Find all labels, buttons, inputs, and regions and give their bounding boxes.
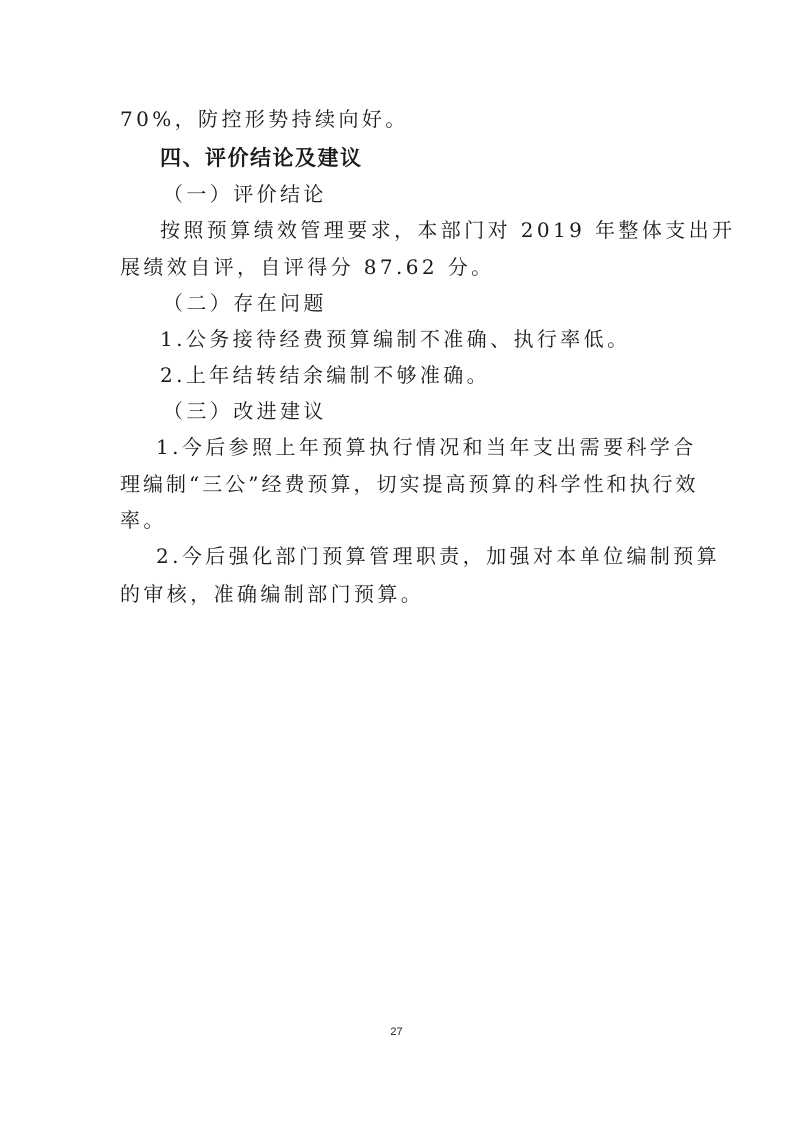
page-number: 27 bbox=[0, 1026, 793, 1038]
paragraph-continuation: 70%，防控形势持续向好。 bbox=[120, 105, 680, 133]
suggestion-1-line-2: 理编制“三公”经费预算，切实提高预算的科学性和执行效 bbox=[120, 470, 680, 498]
subheading-suggestions: （三）改进建议 bbox=[163, 397, 723, 425]
suggestion-2-line-2: 的审核，准确编制部门预算。 bbox=[120, 580, 680, 608]
subheading-evaluation-conclusion: （一）评价结论 bbox=[163, 180, 723, 208]
paragraph-conclusion-line-2: 展绩效自评，自评得分 87.62 分。 bbox=[120, 253, 680, 281]
paragraph-conclusion-line-1: 按照预算绩效管理要求，本部门对 2019 年整体支出开 bbox=[160, 216, 680, 244]
suggestion-2-line-1: 2.今后强化部门预算管理职责，加强对本单位编制预算 bbox=[156, 542, 716, 570]
section-heading-conclusions: 四、评价结论及建议 bbox=[160, 144, 680, 172]
suggestion-1-line-3: 率。 bbox=[120, 506, 680, 534]
suggestion-1-line-1: 1.今后参照上年预算执行情况和当年支出需要科学合 bbox=[156, 433, 716, 461]
problem-item-1: 1.公务接待经费预算编制不准确、执行率低。 bbox=[160, 325, 720, 353]
subheading-problems: （二）存在问题 bbox=[163, 289, 723, 317]
problem-item-2: 2.上年结转结余编制不够准确。 bbox=[160, 361, 720, 389]
